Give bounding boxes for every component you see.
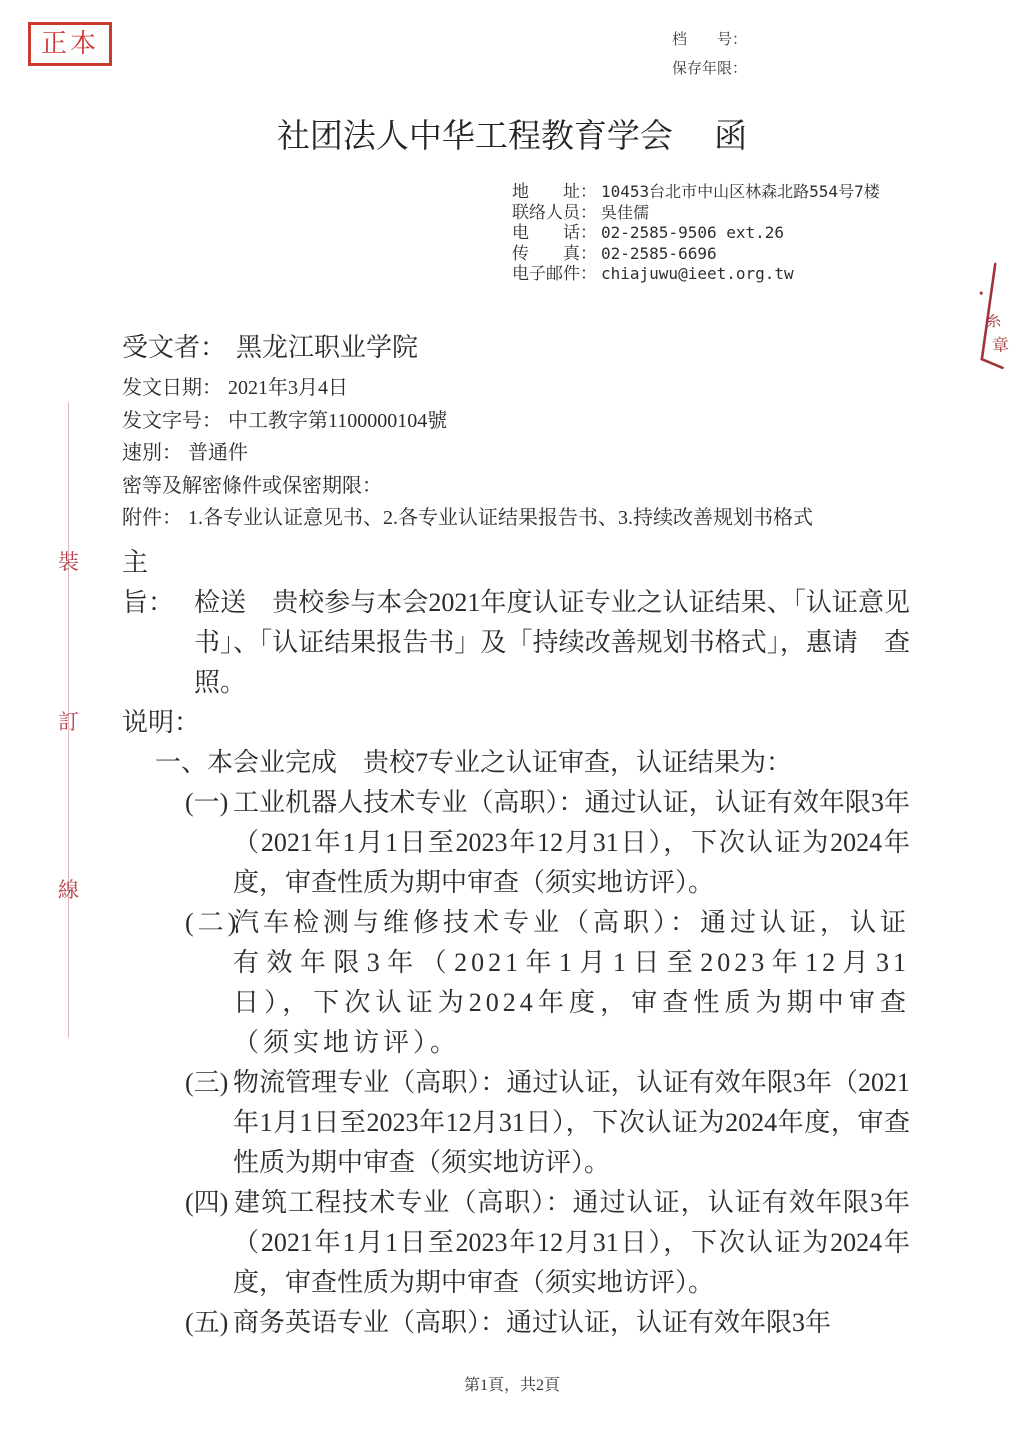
sub-item-2: (二)汽车检测与维修技术专业（高职）：通过认证，认证有效年限3年（2021年1月… xyxy=(185,903,910,1063)
official-seal-fragment: 糸 章 xyxy=(972,258,1024,381)
address-label: 地 址： xyxy=(512,182,597,201)
item-intro-text: 本会业完成 贵校7专业之认证审查，认证结果为： xyxy=(207,748,792,777)
contact-row-person: 联络人员：吳佳儒 xyxy=(512,203,880,224)
item-intro: 一、本会业完成 贵校7专业之认证审查，认证结果为： xyxy=(155,743,910,783)
doc-number-value: 中工教字第1100000104號 xyxy=(228,410,447,432)
seal-dot xyxy=(980,291,983,294)
original-copy-stamp: 正本 xyxy=(28,22,112,66)
archive-header: 档 号： 保存年限： xyxy=(672,26,747,84)
contact-block: 地 址：10453台北市中山区林森北路554号7楼 联络人员：吳佳儒 电 话：0… xyxy=(512,182,880,285)
sub-item-1-number: (一) xyxy=(185,783,233,823)
sub-item-4-text: 建筑工程技术专业（高职）：通过认证，认证有效年限3年（2021年1月1日至202… xyxy=(233,1188,910,1297)
seal-char-2: 章 xyxy=(991,334,1009,355)
sub-item-2-number: (二) xyxy=(185,903,233,943)
seal-graphic: 糸 章 xyxy=(972,258,1024,376)
official-letter-page: 正本 档 号： 保存年限： 社团法人中华工程教育学会 函 地 址：10453台北… xyxy=(0,0,1024,1448)
sub-item-2-text: 汽车检测与维修技术专业（高职）：通过认证，认证有效年限3年（2021年1月1日至… xyxy=(233,908,910,1057)
contact-person-label: 联络人员： xyxy=(512,203,597,222)
fax-value: 02-2585-6696 xyxy=(601,244,717,263)
attachments-label: 附件： xyxy=(122,507,182,529)
meta-row-speed: 速別：普通件 xyxy=(122,437,910,470)
doc-number-label: 发文字号： xyxy=(122,410,222,432)
contact-row-fax: 传 真：02-2585-6696 xyxy=(512,244,880,265)
sub-item-4: (四)建筑工程技术专业（高职）：通过认证，认证有效年限3年（2021年1月1日至… xyxy=(185,1183,910,1303)
meta-row-doc-number: 发文字号：中工教字第1100000104號 xyxy=(122,405,910,438)
contact-row-address: 地 址：10453台北市中山区林森北路554号7楼 xyxy=(512,182,880,203)
recipient-label: 受文者： xyxy=(122,333,226,362)
letter-body: 受文者：黑龙江职业学院 发文日期：2021年3月4日 发文字号：中工教字第110… xyxy=(122,330,910,1343)
sub-item-5: (五)商务英语专业（高职）：通过认证，认证有效年限3年 xyxy=(185,1303,910,1343)
phone-label: 电 话： xyxy=(512,223,597,242)
contact-person-value: 吳佳儒 xyxy=(601,203,649,222)
explanation-label: 说明： xyxy=(122,703,910,743)
contact-row-phone: 电 话：02-2585-9506 ext.26 xyxy=(512,223,880,244)
sub-item-5-text: 商务英语专业（高职）：通过认证，认证有效年限3年 xyxy=(233,1308,831,1337)
sub-item-3-number: (三) xyxy=(185,1063,233,1103)
subject-text: 检送 贵校参与本会2021年度认证专业之认证结果、「认证意见书」、「认证结果报告… xyxy=(194,588,910,697)
sub-item-3-text: 物流管理专业（高职）：通过认证，认证有效年限3年（2021年1月1日至2023年… xyxy=(233,1068,910,1177)
sub-item-1: (一)工业机器人技术专业（高职）：通过认证，认证有效年限3年（2021年1月1日… xyxy=(185,783,910,903)
speed-label: 速別： xyxy=(122,442,182,464)
secrecy-label: 密等及解密條件或保密期限： xyxy=(122,475,382,497)
email-value: chiajuwu@ieet.org.tw xyxy=(601,264,794,283)
sub-item-3: (三)物流管理专业（高职）：通过认证，认证有效年限3年（2021年1月1日至20… xyxy=(185,1063,910,1183)
sub-item-4-number: (四) xyxy=(185,1183,233,1223)
seal-char-1: 糸 xyxy=(986,313,1002,331)
document-title: 社团法人中华工程教育学会 函 xyxy=(0,110,1024,157)
phone-value: 02-2585-9506 ext.26 xyxy=(601,223,784,242)
meta-row-attachments: 附件：1.各专业认证意见书、2.各专业认证结果报告书、3.持续改善规划书格式 xyxy=(122,502,910,535)
page-footer: 第1頁，共2頁 xyxy=(0,1372,1024,1395)
address-value: 10453台北市中山区林森北路554号7楼 xyxy=(601,182,880,201)
attachments-value: 1.各专业认证意见书、2.各专业认证结果报告书、3.持续改善规划书格式 xyxy=(188,507,813,529)
file-number-label: 档 号： xyxy=(672,26,747,55)
item-intro-number: 一、 xyxy=(155,748,207,777)
speed-value: 普通件 xyxy=(188,442,248,464)
retention-period-label: 保存年限： xyxy=(672,55,747,84)
sub-item-5-number: (五) xyxy=(185,1303,233,1343)
fax-label: 传 真： xyxy=(512,244,597,263)
issue-date-value: 2021年3月4日 xyxy=(228,377,348,399)
meta-row-secrecy: 密等及解密條件或保密期限： xyxy=(122,470,910,503)
subject-label: 主旨： xyxy=(122,543,194,623)
binding-char-xian: 線 xyxy=(55,874,82,904)
issue-date-label: 发文日期： xyxy=(122,377,222,399)
binding-char-ding: 訂 xyxy=(55,706,82,736)
binding-char-zhuang: 裝 xyxy=(55,546,82,576)
recipient-line: 受文者：黑龙江职业学院 xyxy=(122,330,910,366)
sub-item-1-text: 工业机器人技术专业（高职）：通过认证，认证有效年限3年（2021年1月1日至20… xyxy=(233,788,910,897)
email-label: 电子邮件： xyxy=(512,264,597,283)
meta-row-issue-date: 发文日期：2021年3月4日 xyxy=(122,372,910,405)
subject-paragraph: 主旨：检送 贵校参与本会2021年度认证专业之认证结果、「认证意见书」、「认证结… xyxy=(122,543,910,703)
recipient-value: 黑龙江职业学院 xyxy=(236,333,418,362)
contact-row-email: 电子邮件：chiajuwu@ieet.org.tw xyxy=(512,264,880,285)
